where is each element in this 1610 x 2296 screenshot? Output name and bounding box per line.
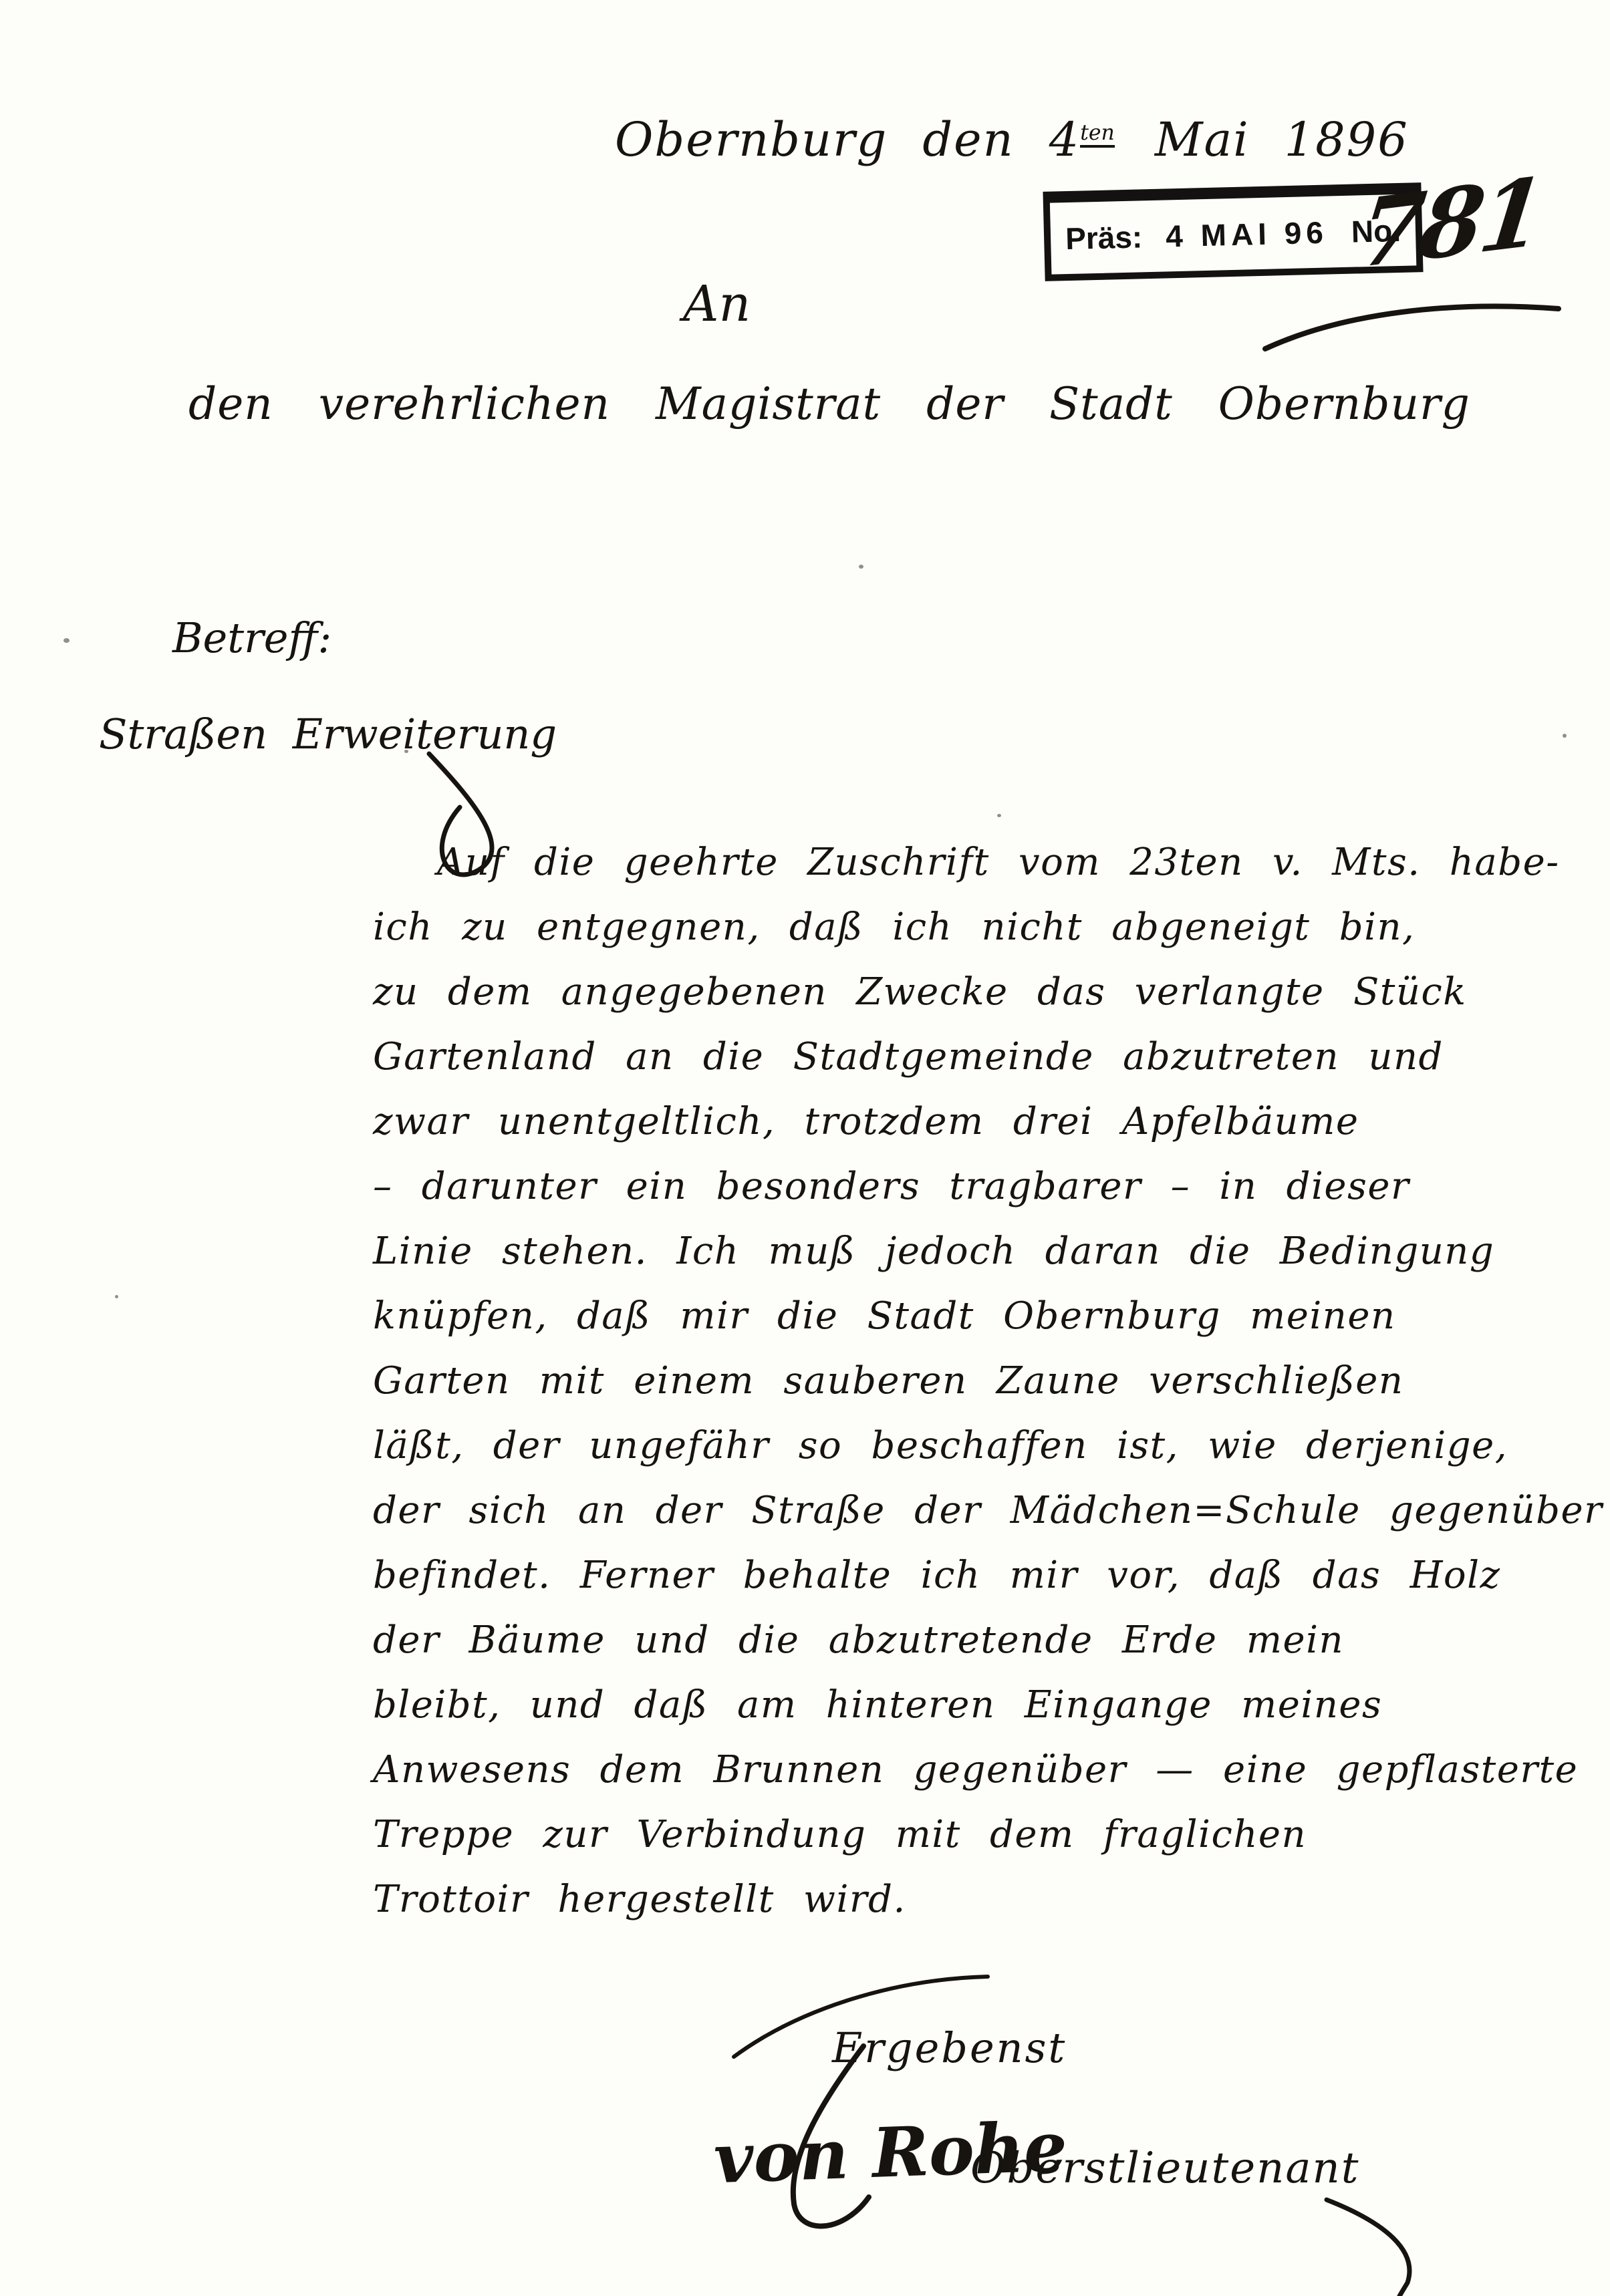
date-den: den [922, 112, 1014, 167]
stamp-date: 4 MAI 96 [1166, 214, 1329, 254]
body-line: ich zu entgegnen, daß ich nicht abgeneig… [373, 895, 1583, 960]
body-line: Auf die geehrte Zuschrift vom 23ten v. M… [373, 830, 1583, 895]
body-line: Trottoir hergestellt wird. [373, 1867, 1583, 1932]
scan-speck [404, 750, 408, 753]
letter-body: Auf die geehrte Zuschrift vom 23ten v. M… [373, 830, 1583, 1932]
scanned-letter-page: Obernburgden4tenMai1896 Präs: 4 MAI 96 N… [0, 0, 1610, 2296]
scan-speck [997, 814, 1001, 817]
scan-speck [859, 565, 863, 569]
body-line: Garten mit einem sauberen Zaune verschli… [373, 1348, 1583, 1413]
scan-speck [63, 638, 70, 643]
scan-speck [1563, 734, 1567, 738]
body-line: zwar unentgeltlich, trotzdem drei Apfelb… [373, 1089, 1583, 1154]
body-line: der Bäume und die abzutretende Erde mein [373, 1608, 1583, 1673]
date-line: Obernburgden4tenMai1896 [615, 112, 1409, 167]
subject-label: Betreff: [172, 613, 331, 662]
signature-rank: Oberstlieutenant [970, 2144, 1359, 2193]
stamp-number-underline-flourish [1265, 306, 1559, 349]
stamp-praes-label: Präs: [1065, 219, 1143, 257]
closing-ergebenst: Ergebenst [832, 2023, 1067, 2072]
stamp-number-handwritten: 781 [1354, 156, 1547, 290]
signature-tail-flourish [1327, 2200, 1410, 2296]
body-line: Gartenland an die Stadtgemeinde abzutret… [373, 1024, 1583, 1089]
date-month: Mai [1155, 112, 1250, 167]
body-line: der sich an der Straße der Mädchen=Schul… [373, 1478, 1583, 1543]
date-day: 4 [1049, 112, 1081, 167]
body-line: Linie stehen. Ich muß jedoch daran die B… [373, 1219, 1583, 1284]
body-line: läßt, der ungefähr so beschaffen ist, wi… [373, 1413, 1583, 1478]
body-line: knüpfen, daß mir die Stadt Obernburg mei… [373, 1284, 1583, 1348]
body-line: bleibt, und daß am hinteren Eingange mei… [373, 1673, 1583, 1737]
date-place: Obernburg [615, 112, 888, 167]
body-line: Treppe zur Verbindung mit dem fraglichen [373, 1802, 1583, 1867]
date-day-suffix: ten [1080, 121, 1115, 148]
scan-speck [115, 1295, 118, 1298]
date-year: 1896 [1285, 112, 1409, 167]
addressee-line: den verehrlichen Magistrat der Stadt Obe… [188, 378, 1470, 430]
body-line: – darunter ein besonders tragbarer – in … [373, 1154, 1583, 1219]
body-line: befindet. Ferner behalte ich mir vor, da… [373, 1543, 1583, 1608]
subject-text: Straßen Erweiterung [99, 710, 557, 758]
body-line: zu dem angegebenen Zwecke das verlangte … [373, 960, 1583, 1024]
salutation-an: An [683, 275, 751, 333]
body-line: Anwesens dem Brunnen gegenüber — eine ge… [373, 1737, 1583, 1802]
